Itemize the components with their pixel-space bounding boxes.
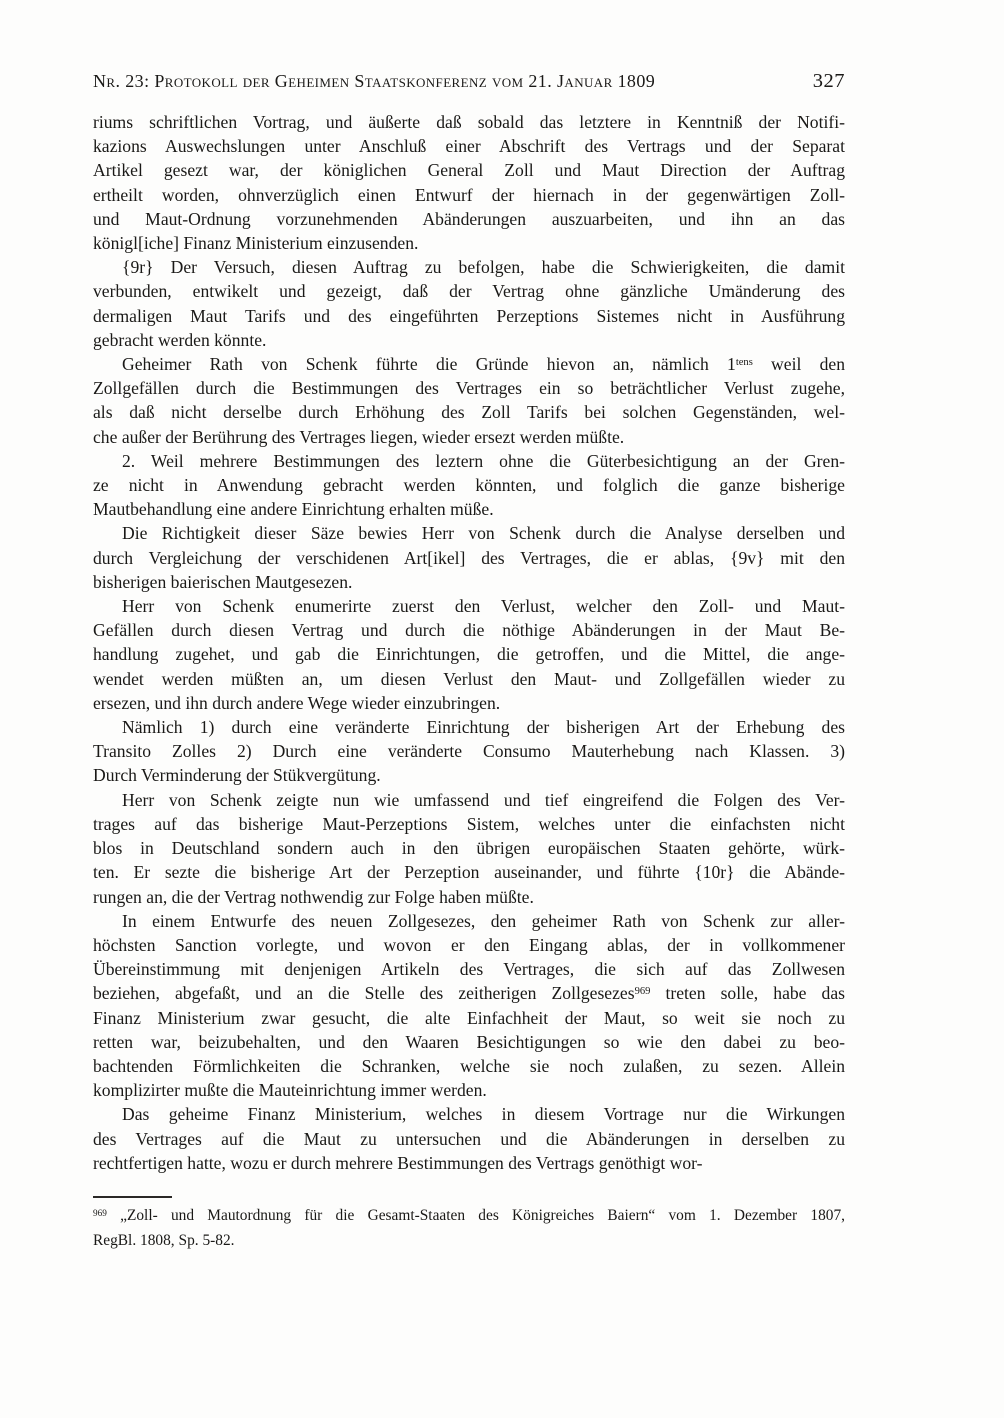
paragraph: In einem Entwurfe des neuen Zollgesezes,… [93,909,845,1103]
book-page: Nr. 23: Protokoll der Geheimen Staatskon… [0,0,1004,1418]
text-line: verbunden, entwikelt und gezeigt, daß de… [93,279,845,303]
text-line: komplizirter mußte die Mauteinrichtung i… [93,1078,845,1102]
text-line: riums schriftlichen Vortrag, und äußerte… [93,110,845,134]
text-line: durch Vergleichung der verschidenen Art[… [93,546,845,570]
text-line: Transito Zolles 2) Durch eine veränderte… [93,739,845,763]
text-line: In einem Entwurfe des neuen Zollgesezes,… [93,909,845,933]
text-line: Mautbehandlung eine andere Einrichtung e… [93,497,845,521]
text-line: RegBl. 1808, Sp. 5-82. [93,1228,845,1253]
text-line: königl[iche] Finanz Ministerium einzusen… [93,231,845,255]
text-line: Durch Verminderung der Stükvergütung. [93,763,845,787]
text-line: ertheilt worden, ohnverzüglich einen Ent… [93,183,845,207]
text-line: beziehen, abgefaßt, und an die Stelle de… [93,981,845,1005]
page-number: 327 [813,70,845,93]
paragraph: Geheimer Rath von Schenk führte die Grün… [93,352,845,449]
text-line: bachtenden Förmlichkeiten die Schranken,… [93,1054,845,1078]
body-text: riums schriftlichen Vortrag, und äußerte… [93,110,845,1175]
text-line: Nämlich 1) durch eine veränderte Einrich… [93,715,845,739]
text-line: {9r} Der Versuch, diesen Auftrag zu befo… [93,255,845,279]
text-line: Finanz Ministerium zwar gesucht, die alt… [93,1006,845,1030]
text-line: trages auf das bisherige Maut-Perzeption… [93,812,845,836]
running-header-title: Nr. 23: Protokoll der Geheimen Staatskon… [93,71,655,92]
text-line: wendet werden müßten an, um diesen Verlu… [93,667,845,691]
text-line: ten. Er sezte die bisherige Art der Perz… [93,860,845,884]
text-line: Die Richtigkeit dieser Säze bewies Herr … [93,521,845,545]
text-line: Herr von Schenk enumerirte zuerst den Ve… [93,594,845,618]
paragraph: Nämlich 1) durch eine veränderte Einrich… [93,715,845,788]
text-block: Nr. 23: Protokoll der Geheimen Staatskon… [93,0,845,1418]
paragraph: Das geheime Finanz Ministerium, welches … [93,1102,845,1175]
running-header: Nr. 23: Protokoll der Geheimen Staatskon… [93,70,845,93]
text-line: Das geheime Finanz Ministerium, welches … [93,1102,845,1126]
text-line: und Maut-Ordnung vorzunehmenden Abänderu… [93,207,845,231]
text-line: des Vertrages auf die Maut zu untersuche… [93,1127,845,1151]
footnote: 969 „Zoll- und Mautordnung für die Gesam… [93,1203,845,1253]
text-line: Artikel gesezt war, der königlichen Gene… [93,158,845,182]
paragraph: Herr von Schenk zeigte nun wie umfassend… [93,788,845,909]
paragraph: riums schriftlichen Vortrag, und äußerte… [93,110,845,255]
text-line: Geheimer Rath von Schenk führte die Grün… [93,352,845,376]
text-line: rechtfertigen hatte, wozu er durch mehre… [93,1151,845,1175]
text-line: handlung zugehet, und gab die Einrichtun… [93,642,845,666]
text-line: Zollgefällen durch die Bestimmungen des … [93,376,845,400]
text-line: 969 „Zoll- und Mautordnung für die Gesam… [93,1203,845,1228]
paragraph: Die Richtigkeit dieser Säze bewies Herr … [93,521,845,594]
text-line: ze nicht in Anwendung gebracht werden kö… [93,473,845,497]
text-line: rungen an, die der Vertrag nothwendig zu… [93,885,845,909]
text-line: Herr von Schenk zeigte nun wie umfassend… [93,788,845,812]
paragraph: 2. Weil mehrere Bestimmungen des leztern… [93,449,845,522]
text-line: höchsten Sanction vorlegte, und wovon er… [93,933,845,957]
text-line: kazions Auswechslungen unter Anschluß ei… [93,134,845,158]
paragraph: Herr von Schenk enumerirte zuerst den Ve… [93,594,845,715]
text-line: Gefällen durch diesen Vertrag und durch … [93,618,845,642]
text-line: retten war, beizubehalten, und den Waare… [93,1030,845,1054]
text-line: ersezen, und ihn durch andere Wege wiede… [93,691,845,715]
text-line: Übereinstimmung mit denjenigen Artikeln … [93,957,845,981]
text-line: dermaligen Maut Tarifs und des eingeführ… [93,304,845,328]
text-line: gebracht werden könnte. [93,328,845,352]
text-line: 2. Weil mehrere Bestimmungen des leztern… [93,449,845,473]
paragraph: {9r} Der Versuch, diesen Auftrag zu befo… [93,255,845,352]
text-line: bisherigen baierischen Mautgesezen. [93,570,845,594]
text-line: che außer der Berührung des Vertrages li… [93,425,845,449]
text-line: als daß nicht derselbe durch Erhöhung de… [93,400,845,424]
text-line: blos in Deutschland sondern auch in den … [93,836,845,860]
footnote-separator [93,1196,172,1198]
